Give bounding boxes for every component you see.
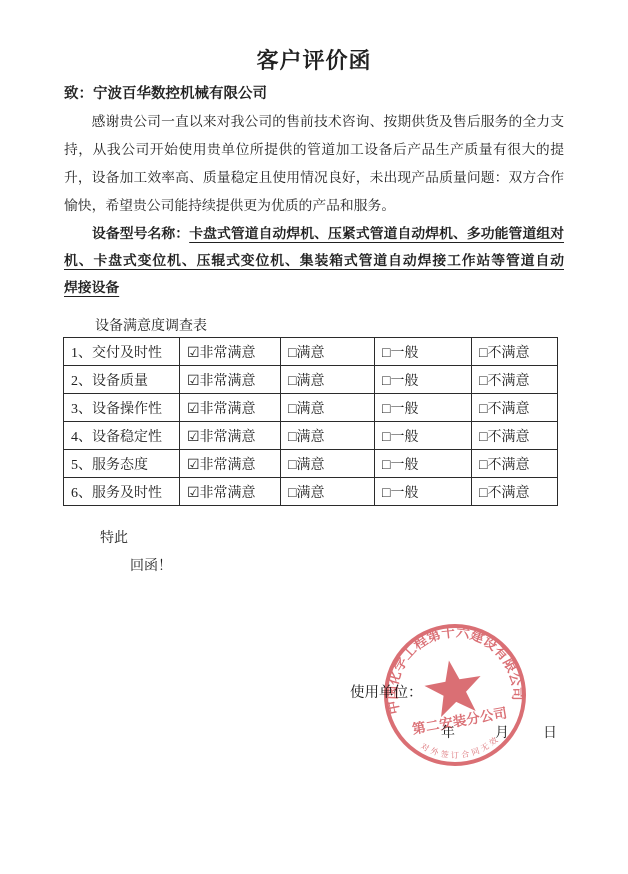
- equipment-models-block: 设备型号名称：卡盘式管道自动焊机、压紧式管道自动焊机、多功能管道组对 机、卡盘式…: [64, 220, 564, 301]
- equipment-label: 设备型号名称：: [92, 226, 189, 241]
- equipment-names-part-2: 机、卡盘式变位机、压辊式变位机、集装箱式管道自动焊接工作站等管道自动: [64, 253, 564, 268]
- seal-branch-text: 第二安装分公司: [411, 704, 508, 736]
- star-icon: [421, 656, 487, 719]
- recipient-line: 致：宁波百华数控机械有限公司: [64, 84, 564, 104]
- body-paragraph: 感谢贵公司一直以来对我公司的售前技术咨询、按期供货及售后服务的全力支持，从我公司…: [64, 108, 564, 220]
- survey-item-label: 4、设备稳定性: [64, 422, 180, 450]
- survey-option: □满意: [281, 450, 375, 478]
- signature-unit-label: 使用单位：: [350, 684, 423, 702]
- equipment-line-1: 设备型号名称：卡盘式管道自动焊机、压紧式管道自动焊机、多功能管道组对: [64, 220, 564, 247]
- survey-option: □不满意: [472, 478, 558, 506]
- survey-option-checked: ☑非常满意: [180, 338, 281, 366]
- survey-table-title: 设备满意度调查表: [64, 317, 564, 337]
- survey-option: □不满意: [472, 366, 558, 394]
- seal-company-name: 中国化学工程第十六建设有限公司: [372, 612, 528, 724]
- survey-option-checked: ☑非常满意: [180, 478, 281, 506]
- table-row: 1、交付及时性 ☑非常满意 □满意 □一般 □不满意: [64, 338, 558, 366]
- survey-item-label: 5、服务态度: [64, 450, 180, 478]
- date-day-label: 日: [543, 725, 557, 743]
- table-row: 5、服务态度 ☑非常满意 □满意 □一般 □不满意: [64, 450, 558, 478]
- table-row: 4、设备稳定性 ☑非常满意 □满意 □一般 □不满意: [64, 422, 558, 450]
- survey-item-label: 1、交付及时性: [64, 338, 180, 366]
- survey-item-label: 3、设备操作性: [64, 394, 180, 422]
- equipment-line-2: 机、卡盘式变位机、压辊式变位机、集装箱式管道自动焊接工作站等管道自动: [64, 247, 564, 274]
- equipment-line-3: 焊接设备: [64, 274, 564, 301]
- survey-option: □一般: [375, 366, 472, 394]
- survey-option-checked: ☑非常满意: [180, 394, 281, 422]
- survey-option: □满意: [281, 394, 375, 422]
- survey-option: □不满意: [472, 450, 558, 478]
- equipment-names-part-3: 焊接设备: [64, 280, 119, 295]
- equipment-names-part-1: 卡盘式管道自动焊机、压紧式管道自动焊机、多功能管道组对: [189, 226, 564, 241]
- survey-option-checked: ☑非常满意: [180, 366, 281, 394]
- satisfaction-table: 1、交付及时性 ☑非常满意 □满意 □一般 □不满意 2、设备质量 ☑非常满意 …: [63, 337, 558, 506]
- survey-item-label: 2、设备质量: [64, 366, 180, 394]
- survey-option: □一般: [375, 338, 472, 366]
- survey-option: □满意: [281, 478, 375, 506]
- seal-note: 对外签订合同无效: [418, 728, 501, 767]
- date-month-label: 月: [495, 725, 509, 743]
- closing-phrase: 特此: [100, 530, 564, 548]
- document-title: 客户评价函: [64, 46, 564, 76]
- table-row: 3、设备操作性 ☑非常满意 □满意 □一般 □不满意: [64, 394, 558, 422]
- survey-option: □不满意: [472, 422, 558, 450]
- survey-option-checked: ☑非常满意: [180, 450, 281, 478]
- survey-option: □一般: [375, 450, 472, 478]
- survey-option: □一般: [375, 422, 472, 450]
- survey-option: □一般: [375, 478, 472, 506]
- survey-item-label: 6、服务及时性: [64, 478, 180, 506]
- survey-option: □一般: [375, 394, 472, 422]
- survey-option: □满意: [281, 366, 375, 394]
- table-row: 6、服务及时性 ☑非常满意 □满意 □一般 □不满意: [64, 478, 558, 506]
- table-row: 2、设备质量 ☑非常满意 □满意 □一般 □不满意: [64, 366, 558, 394]
- survey-option: □满意: [281, 338, 375, 366]
- closing-reply: 回函！: [130, 558, 564, 576]
- seal-company-arc-text: 中国化学工程第十六建设有限公司: [372, 612, 528, 724]
- document-page: 客户评价函 致：宁波百华数控机械有限公司 感谢贵公司一直以来对我公司的售前技术咨…: [0, 0, 628, 874]
- date-year-label: 年: [441, 725, 455, 743]
- seal-note-arc-text: 对外签订合同无效: [418, 728, 501, 767]
- survey-option: □不满意: [472, 394, 558, 422]
- survey-option: □不满意: [472, 338, 558, 366]
- survey-option-checked: ☑非常满意: [180, 422, 281, 450]
- document-content: 客户评价函 致：宁波百华数控机械有限公司 感谢贵公司一直以来对我公司的售前技术咨…: [0, 0, 628, 576]
- survey-option: □满意: [281, 422, 375, 450]
